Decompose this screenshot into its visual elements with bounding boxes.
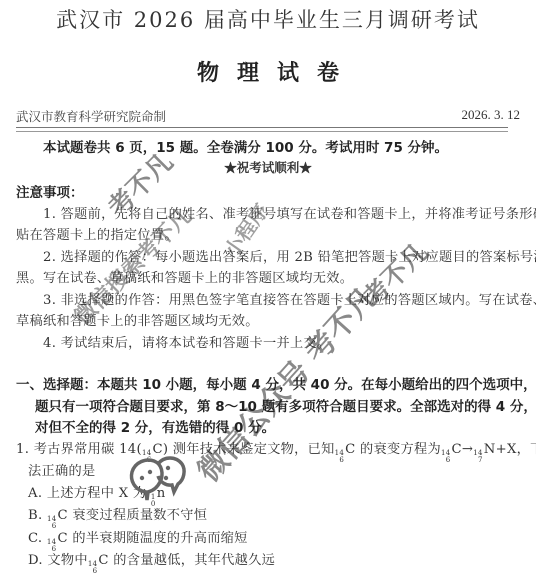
section1-line2: 题只有一项符合题目要求，第 8～10 题有多项符合题目要求。全部选对的得 4 分… [35, 395, 536, 415]
isotope-c14: 146 [441, 450, 451, 464]
header-rule-thin [16, 131, 508, 132]
notice-item-2-line1: 2. 选择题的作答：每小题选出答案后，用 2B 铅笔把答题卡上对应题目的答案标号… [43, 246, 536, 265]
notice-item-3-line2: 草稿纸和答题卡上的非答题区域均无效。 [16, 310, 259, 329]
question-number: 1. [16, 442, 29, 457]
section1-line1: 一、选择题：本题共 10 小题，每小题 4 分，共 40 分。在每小题给出的四个… [16, 373, 536, 393]
notice-item-1-line1: 1. 答题前，先将自己的姓名、准考证号填写在试卷和答题卡上，并将准考证号条形码 [43, 203, 536, 222]
notice-item-3-line1: 3. 非选择题的作答：用黑色签字笔直接答在答题卡上对应的答题区域内。写在试卷、 [43, 289, 536, 308]
notice-heading: 注意事项： [16, 181, 84, 201]
notice-item-4: 4. 考试结束后，请将本试卷和答题卡一并上交。 [43, 332, 330, 351]
isotope-c14: 146 [335, 450, 345, 464]
exam-date: 2026. 3. 12 [462, 107, 521, 123]
notice-item-2-line2: 黑。写在试卷、草稿纸和答题卡上的非答题区域均无效。 [16, 267, 353, 286]
isotope-n14: 147 [473, 450, 483, 464]
good-luck-banner: ★祝考试顺利★ [0, 158, 536, 176]
section1-line3: 对但不全的得 2 分，有选错的得 0 分。 [35, 416, 275, 436]
isotope-c14: 146 [142, 450, 152, 464]
notice-item-1-line2: 贴在答题卡上的指定位置。 [16, 224, 178, 243]
header-rule [16, 127, 508, 128]
publisher: 武汉市教育科学研究院命制 [16, 107, 166, 125]
exam-title: 武汉市 2026 届高中毕业生三月调研考试 [0, 4, 536, 34]
question-1-stem-line2: 法正确的是 [28, 460, 95, 479]
exam-page: 武汉市 2026 届高中毕业生三月调研考试 物理试卷 武汉市教育科学研究院命制 … [0, 0, 536, 573]
exam-intro: 本试题卷共 6 页，15 题。全卷满分 100 分。考试用时 75 分钟。 [43, 136, 448, 156]
subject-title: 物理试卷 [0, 56, 536, 87]
isotope-c14: 146 [88, 561, 98, 573]
option-d[interactable]: D. 文物中146C 的含量越低，其年代越久远 [28, 549, 275, 573]
